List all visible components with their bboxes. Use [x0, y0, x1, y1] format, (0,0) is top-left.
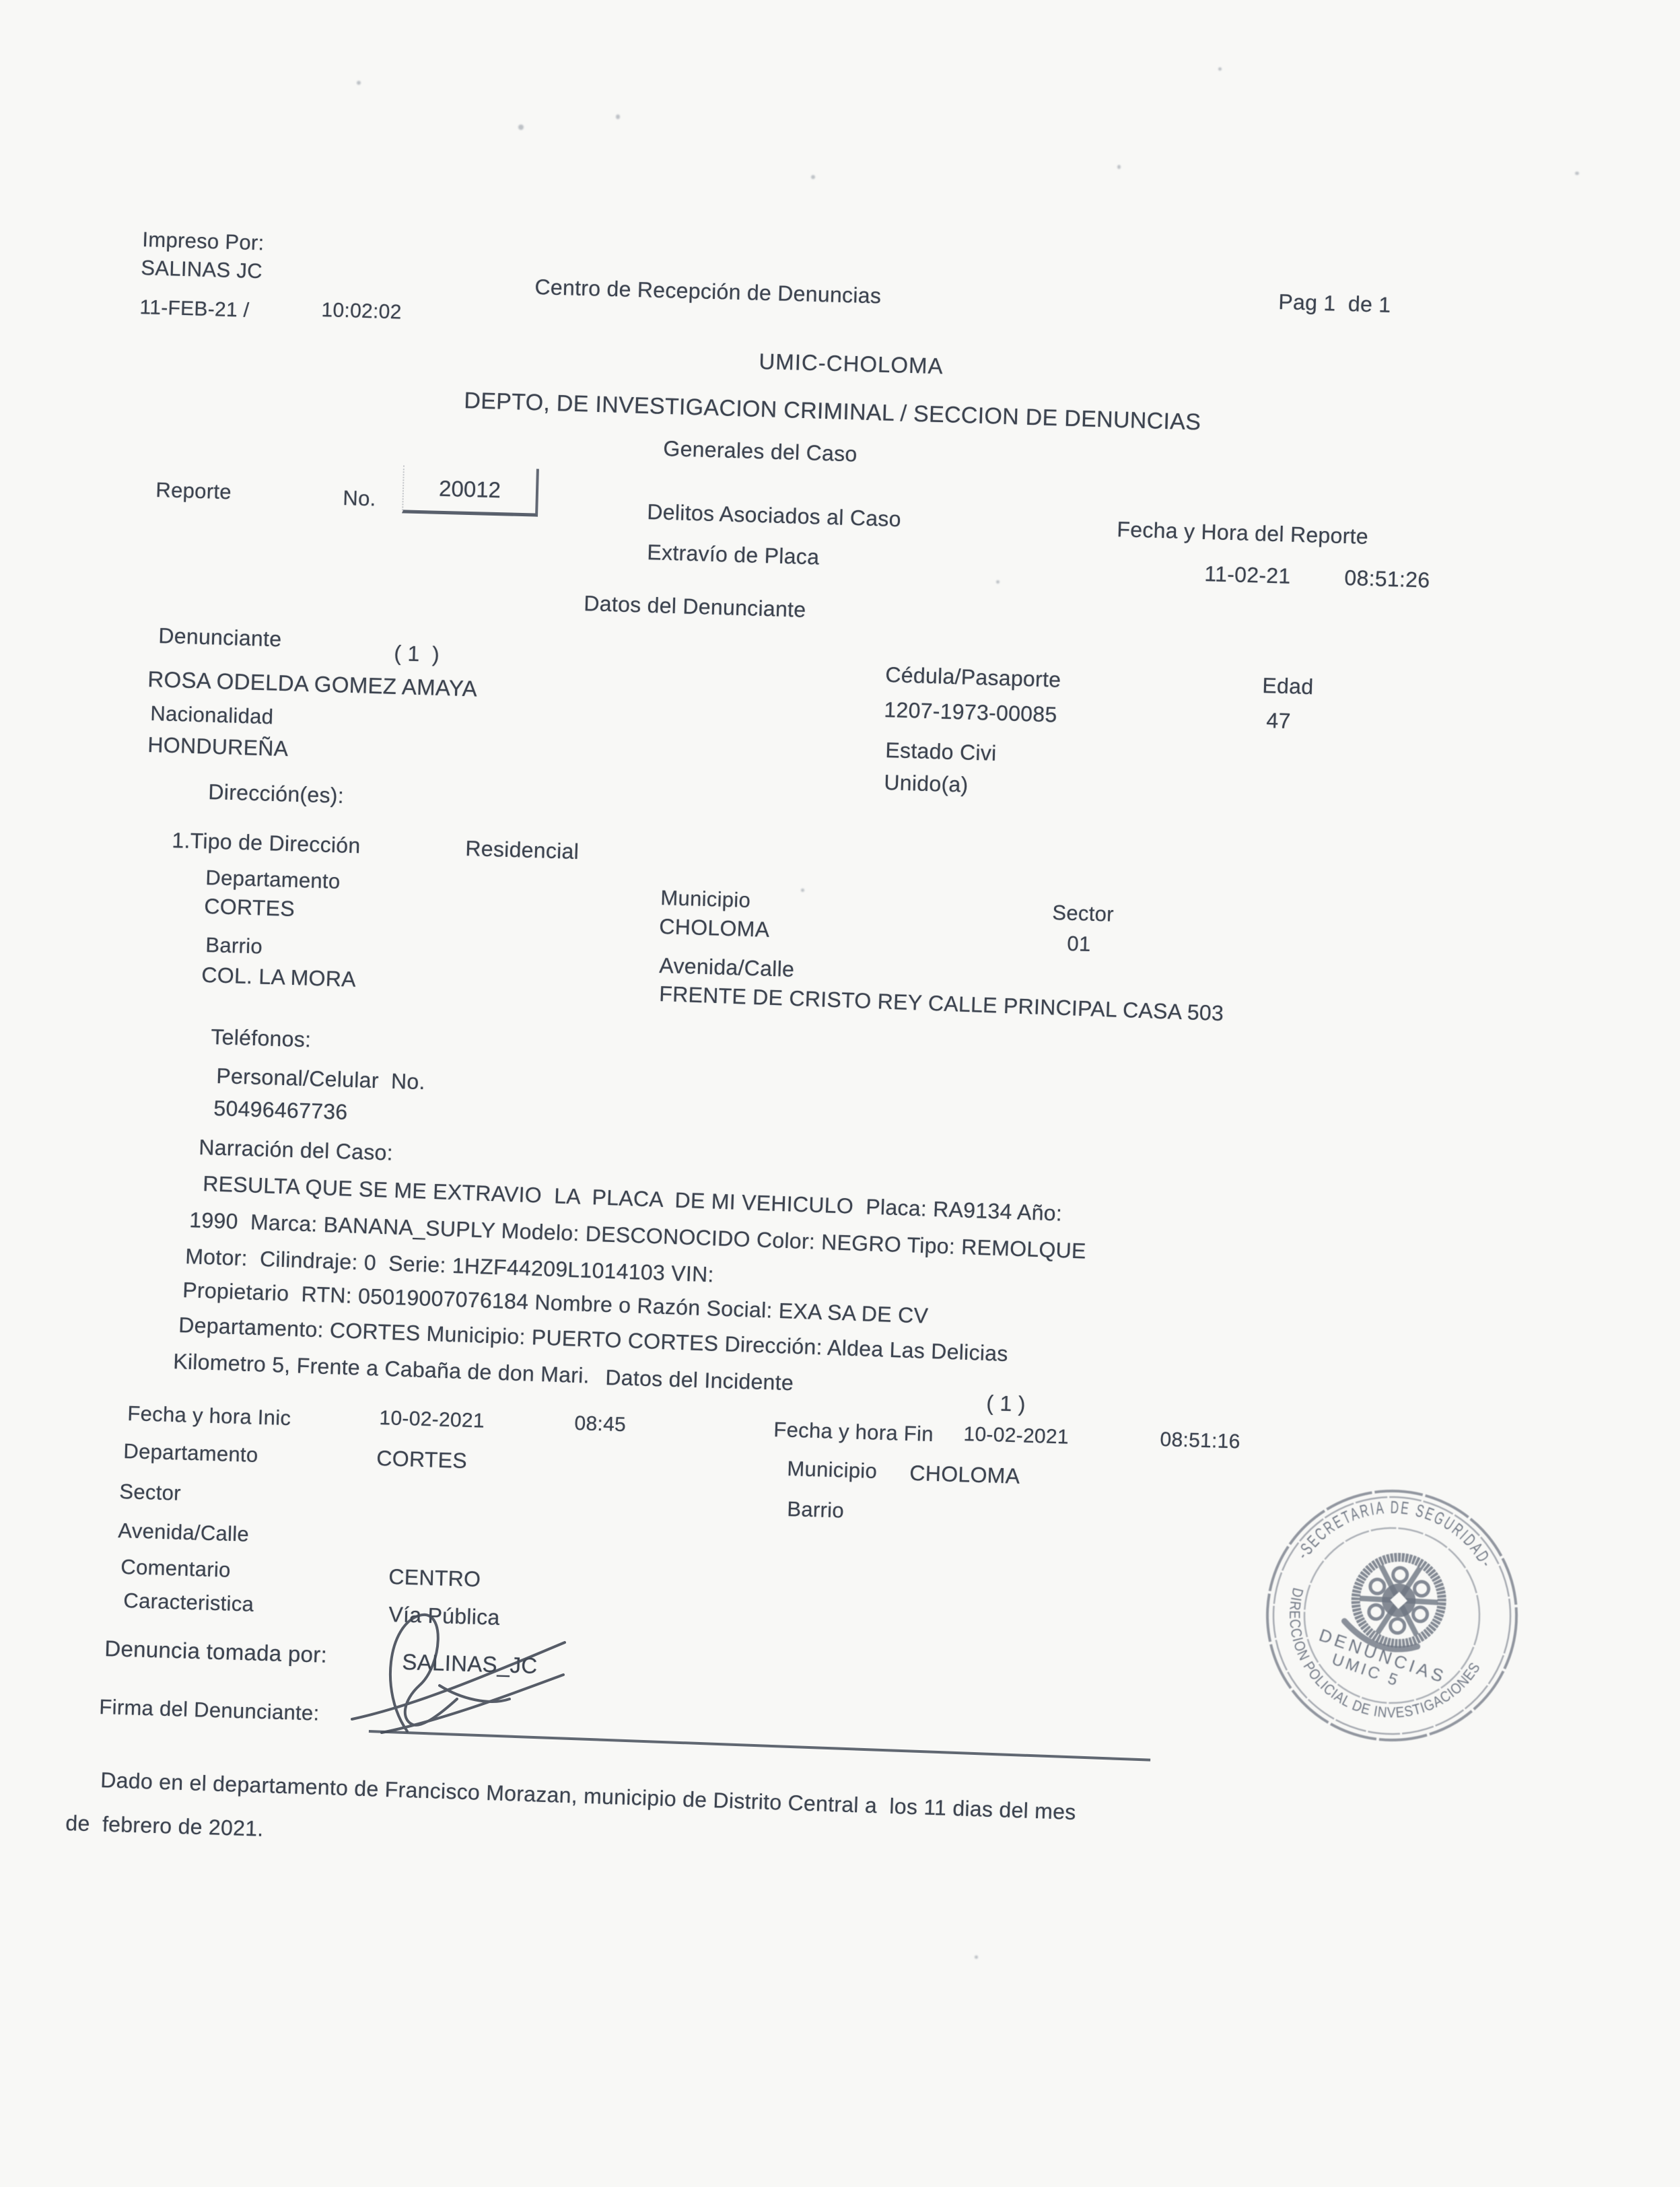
scan-speck [975, 1955, 978, 1959]
comentario-value: CENTRO [388, 1564, 481, 1592]
scan-speck [1575, 172, 1579, 175]
incidente-departamento-label: Departamento [123, 1439, 258, 1467]
barrio-value: COL. LA MORA [201, 963, 356, 992]
fecha-inicio-date: 10-02-2021 [379, 1407, 485, 1433]
barrio-label: Barrio [205, 933, 263, 959]
denunciante-label: Denunciante [158, 623, 282, 652]
caracteristica-label: Caracteristica [123, 1589, 254, 1617]
department-line: DEPTO, DE INVESTIGACION CRIMINAL / SECCI… [464, 388, 1201, 436]
cedula-label: Cédula/Pasaporte [885, 662, 1061, 693]
dado-paragraph-line2: de febrero de 2021. [65, 1811, 264, 1842]
comentario-label: Comentario [120, 1555, 231, 1583]
center-title: Centro de Recepción de Denuncias [534, 275, 882, 308]
denunciante-nombre: ROSA ODELDA GOMEZ AMAYA [147, 666, 478, 702]
police-stamp: -SECRETARIA DE SEGURIDAD- DIRECCION POLI… [1236, 1460, 1547, 1771]
print-time: 10:02:02 [321, 299, 402, 324]
report-number-box: 20012 [402, 465, 539, 516]
fecha-fin-time: 08:51:16 [1160, 1428, 1240, 1454]
reporte-label: Reporte [155, 478, 232, 504]
estado-civil-label: Estado Civi [885, 738, 997, 766]
telefono-tipo-label: Personal/Celular No. [216, 1064, 425, 1095]
incidente-municipio-value: CHOLOMA [909, 1461, 1020, 1489]
avenida-label: Avenida/Calle [659, 953, 795, 982]
incidente-barrio-label: Barrio [787, 1497, 845, 1523]
printed-by-label: Impreso Por: [142, 228, 265, 255]
departamento-label: Departamento [205, 866, 341, 894]
telefono-numero: 50496467736 [213, 1096, 348, 1125]
denunciante-index: ( 1 ) [394, 641, 440, 667]
scan-speck [996, 580, 1000, 584]
incidente-departamento-value: CORTES [376, 1446, 468, 1473]
printed-by-value: SALINAS JC [141, 256, 262, 283]
scan-speck [811, 175, 815, 179]
estado-civil-value: Unido(a) [884, 770, 969, 798]
incidente-sector-label: Sector [119, 1480, 181, 1506]
narracion-label: Narración del Caso: [199, 1135, 393, 1166]
no-label: No. [343, 486, 376, 511]
delitos-label: Delitos Asociados al Caso [647, 499, 901, 532]
incidente-municipio-label: Municipio [787, 1457, 878, 1484]
fecha-inicio-time: 08:45 [574, 1412, 627, 1436]
delito-value: Extravío de Placa [647, 540, 820, 570]
nacionalidad-value: HONDUREÑA [147, 732, 289, 761]
fecha-reporte-value: 11-02-21 [1204, 561, 1291, 589]
fecha-hora-reporte-label: Fecha y Hora del Reporte [1117, 517, 1369, 549]
scan-speck [801, 889, 804, 892]
municipio-value: CHOLOMA [659, 914, 770, 942]
direcciones-label: Dirección(es): [208, 779, 345, 808]
datos-incidente-title: Datos del Incidente [605, 1365, 794, 1395]
report-number: 20012 [439, 476, 501, 503]
page-indicator: Pag 1 de 1 [1278, 289, 1391, 318]
hora-reporte-value: 08:51:26 [1344, 565, 1430, 593]
sector-value: 01 [1067, 932, 1091, 957]
nacionalidad-label: Nacionalidad [150, 701, 274, 729]
handwritten-signature [340, 1603, 575, 1748]
incidente-index: ( 1 ) [986, 1391, 1026, 1417]
tipo-direccion-value: Residencial [465, 836, 580, 864]
firma-label: Firma del Denunciante: [99, 1695, 320, 1726]
scan-speck [518, 125, 524, 130]
unit-title: UMIC-CHOLOMA [759, 349, 944, 379]
fecha-fin-date: 10-02-2021 [963, 1423, 1069, 1449]
scan-speck [357, 81, 361, 85]
telefonos-label: Teléfonos: [211, 1025, 312, 1052]
departamento-value: CORTES [204, 894, 295, 922]
scan-speck [616, 114, 620, 119]
fecha-fin-label: Fecha y hora Fin [773, 1418, 934, 1447]
tipo-direccion-label: 1.Tipo de Dirección [172, 828, 361, 858]
print-date: 11-FEB-21 / [139, 296, 250, 322]
edad-value: 47 [1266, 708, 1291, 734]
edad-label: Edad [1262, 673, 1314, 699]
municipio-label: Municipio [660, 886, 751, 913]
cedula-value: 1207-1973-00085 [884, 697, 1057, 728]
avenida-value: FRENTE DE CRISTO REY CALLE PRINCIPAL CAS… [659, 981, 1224, 1026]
scanned-denuncia-report: Impreso Por: SALINAS JC 11-FEB-21 / 10:0… [0, 0, 1680, 2187]
narracion-line: Kilometro 5, Frente a Cabaña de don Mari… [173, 1349, 590, 1389]
scan-speck [1117, 165, 1121, 169]
incidente-avenida-label: Avenida/Calle [118, 1519, 250, 1547]
tomada-por-label: Denuncia tomada por: [104, 1636, 328, 1668]
datos-denunciante-title: Datos del Denunciante [584, 591, 806, 623]
section-generales: Generales del Caso [663, 436, 858, 467]
fecha-inicio-label: Fecha y hora Inic [127, 1401, 291, 1430]
sector-label: Sector [1052, 901, 1114, 927]
scan-speck [1218, 67, 1222, 71]
